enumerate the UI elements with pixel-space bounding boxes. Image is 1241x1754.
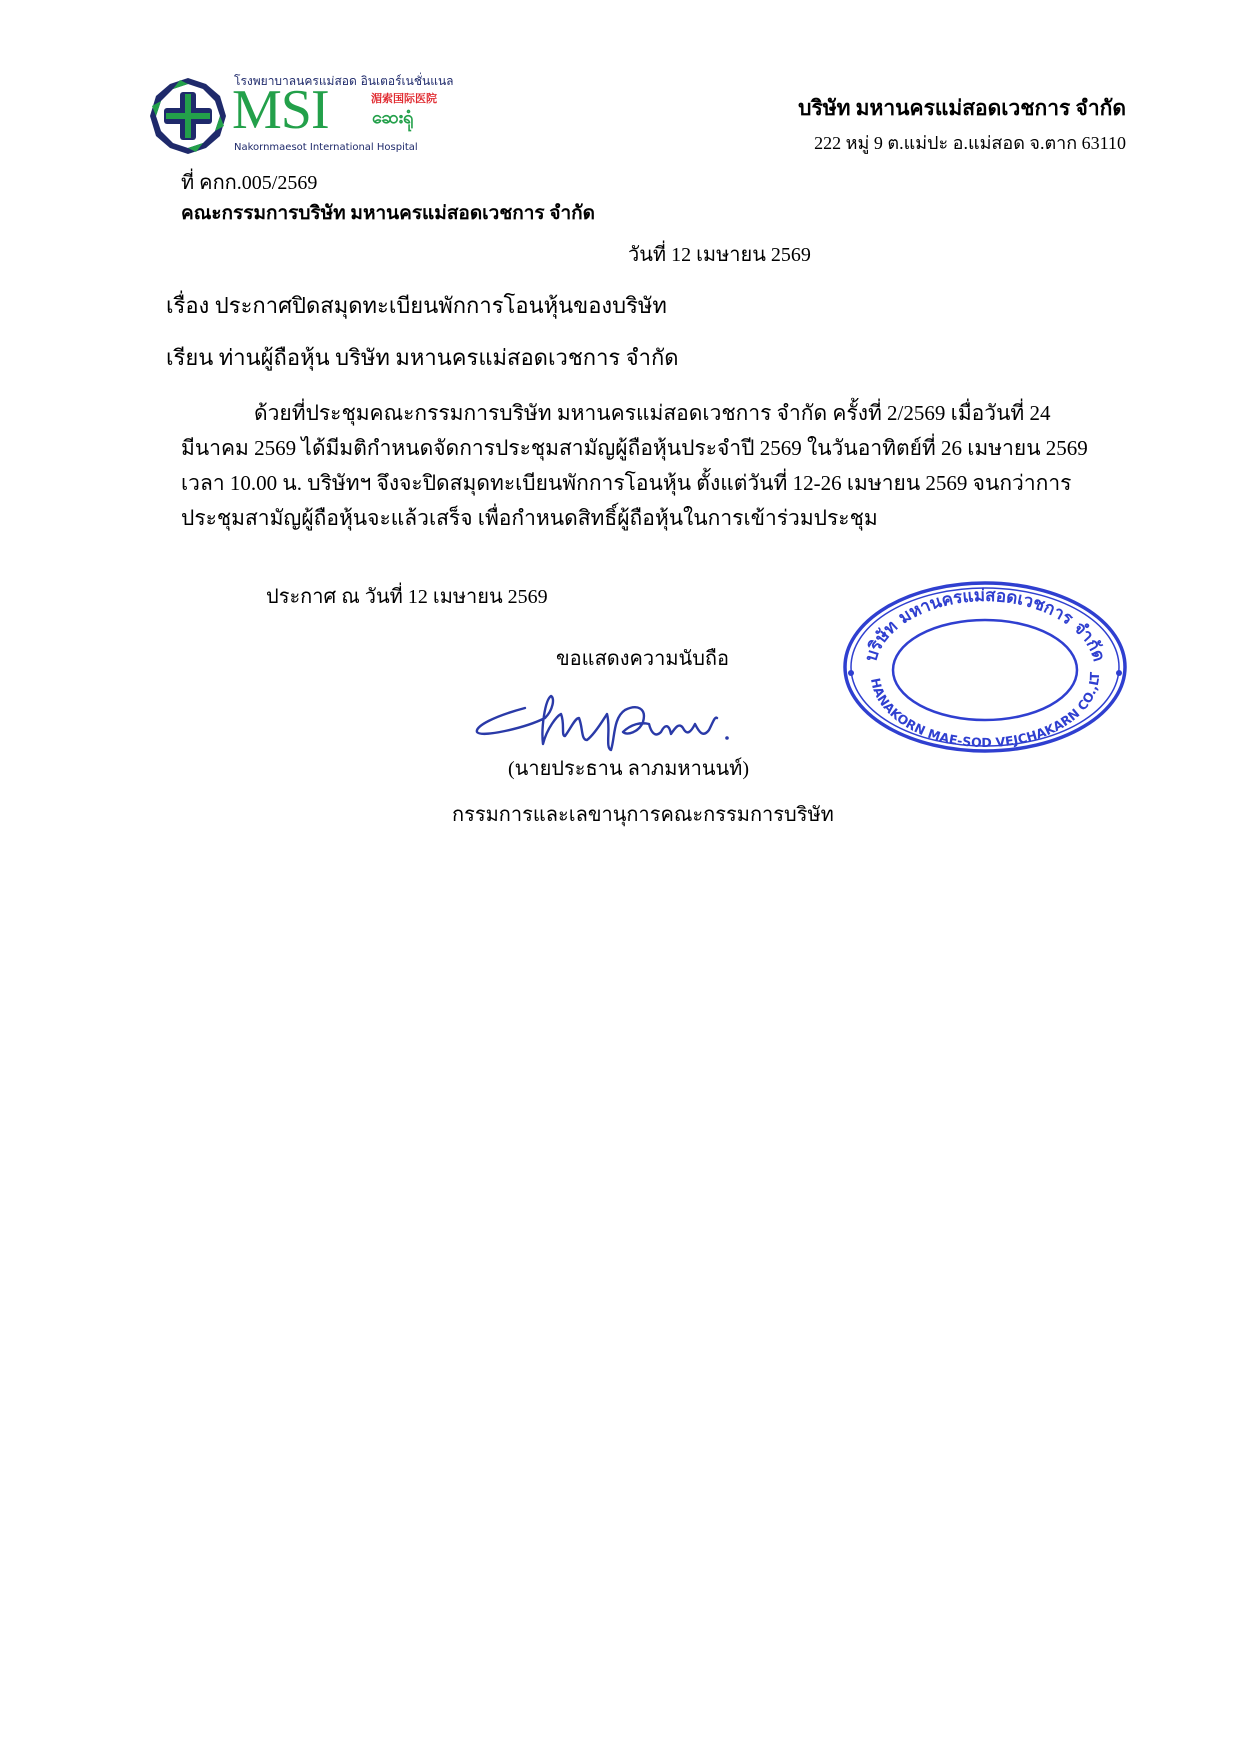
closing-phrase: ขอแสดงความนับถือ: [556, 642, 729, 674]
letter-date: วันที่ 12 เมษายน 2569: [628, 238, 811, 270]
company-name: บริษัท มหานครแม่สอดเวชการ จำกัด: [798, 92, 1126, 125]
letter-body: ด้วยที่ประชุมคณะกรรมการบริษัท มหานครแม่ส…: [181, 396, 1116, 536]
logo-brand: MSI: [232, 82, 329, 138]
medical-cross-emblem-icon: [148, 76, 228, 156]
body-line: เวลา 10.00 น. บริษัทฯ จึงจะปิดสมุดทะเบีย…: [181, 466, 1116, 501]
body-line: ประชุมสามัญผู้ถือหุ้นจะแล้วเสร็จ เพื่อกำ…: [181, 501, 1116, 536]
company-address: 222 หมู่ 9 ต.แม่ปะ อ.แม่สอด จ.ตาก 63110: [814, 128, 1126, 157]
sender: คณะกรรมการบริษัท มหานครแม่สอดเวชการ จำกั…: [181, 198, 595, 228]
body-line: มีนาคม 2569 ได้มีมติกำหนดจัดการประชุมสาม…: [181, 431, 1116, 466]
body-line: ด้วยที่ประชุมคณะกรรมการบริษัท มหานครแม่ส…: [181, 396, 1116, 431]
recipient-line: เรียน ท่านผู้ถือหุ้น บริษัท มหานครแม่สอด…: [166, 340, 679, 375]
logo-english-name: Nakornmaesot International Hospital: [234, 142, 418, 153]
handwritten-signature: [465, 688, 805, 758]
signer-name: (นายประธาน ลาภมหานนท์): [508, 752, 749, 784]
subject-line: เรื่อง ประกาศปิดสมุดทะเบียนพักการโอนหุ้น…: [166, 288, 667, 323]
logo-burmese-name: ဆေးရုံ: [372, 105, 413, 132]
signer-title: กรรมการและเลขานุการคณะกรรมการบริษัท: [452, 798, 834, 830]
reference-number: ที่ คกก.005/2569: [181, 166, 317, 198]
company-seal-stamp: บริษัท มหานครแม่สอดเวชการ จำกัด MAHANAKO…: [835, 575, 1135, 755]
announcement-date: ประกาศ ณ วันที่ 12 เมษายน 2569: [266, 580, 548, 612]
logo-chinese-name: 湄索国际医院: [371, 90, 437, 106]
hospital-logo: โรงพยาบาลนครแม่สอด อินเตอร์เนชั่นแนล MSI…: [148, 72, 438, 158]
